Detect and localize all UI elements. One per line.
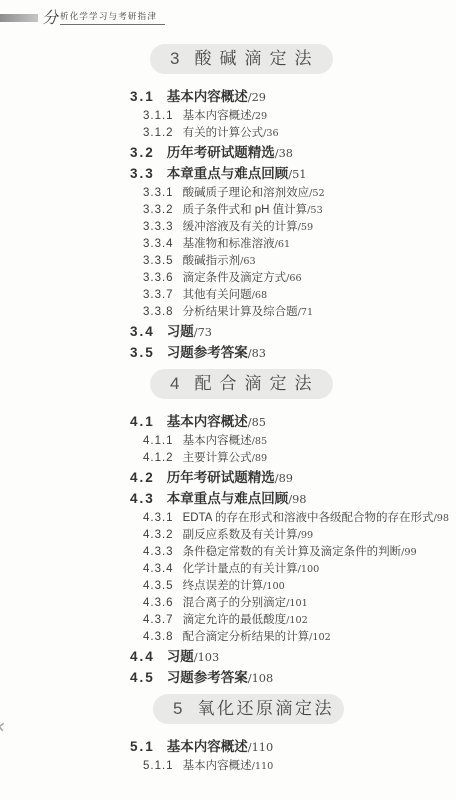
toc-entry-page: /102 bbox=[286, 613, 308, 629]
toc-entry: 4.5习题参考答案/108 bbox=[0, 668, 456, 688]
chapter-title: 氧化还原滴定法 bbox=[197, 699, 334, 718]
toc-entry-page: /98 bbox=[433, 511, 449, 527]
toc-entry-number: 4.3.8 bbox=[143, 629, 174, 645]
toc-entry-title: 终点误差的计算 bbox=[183, 578, 264, 594]
toc-entry-page: /100 bbox=[298, 562, 320, 578]
toc-entry: 3.3.8分析结果计算及综合题/71 bbox=[0, 304, 456, 321]
toc-entry-title: 历年考研试题精选 bbox=[167, 143, 275, 162]
toc-entry-number: 4.2 bbox=[130, 468, 155, 487]
toc-entry-number: 3.3.1 bbox=[143, 185, 174, 201]
toc-entry-number: 3.1 bbox=[130, 87, 155, 106]
toc-entry-title: 基准物和标准溶液 bbox=[183, 236, 275, 252]
toc-entry-page: /63 bbox=[240, 254, 256, 270]
toc-entry-title: 滴定允许的最低酸度 bbox=[183, 612, 287, 628]
toc-entry: 3.1基本内容概述/29 bbox=[0, 87, 456, 107]
toc-entry: 5.1.1基本内容概述/110 bbox=[0, 758, 456, 775]
toc-entry-page: /68 bbox=[252, 288, 268, 304]
chapter-5-block: 5氧化还原滴定法 5.1基本内容概述/110 5.1.1基本内容概述/110 bbox=[0, 694, 456, 775]
toc-entry-page: /108 bbox=[248, 669, 273, 688]
toc-entry-title: 基本内容概述 bbox=[183, 108, 252, 124]
toc-entry-title: 习题参考答案 bbox=[167, 343, 248, 362]
toc-entry-page: /51 bbox=[288, 165, 306, 184]
book-title: 析化学学习与考研指津 bbox=[60, 10, 165, 25]
toc-entry: 3.3.5酸碱指示剂/63 bbox=[0, 253, 456, 270]
toc-entry-page: /38 bbox=[275, 144, 293, 163]
toc-entry-page: /85 bbox=[252, 434, 268, 450]
toc-entry: 3.3本章重点与难点回顾/51 bbox=[0, 164, 456, 184]
toc-entry: 3.5习题参考答案/83 bbox=[0, 343, 456, 363]
toc-entry-page: /99 bbox=[401, 545, 417, 561]
toc-entry-page: /53 bbox=[307, 203, 323, 219]
toc-entry-title: 有关的计算公式 bbox=[183, 125, 264, 141]
chapter-title: 配合滴定法 bbox=[194, 374, 319, 393]
toc-entry-number: 4.5 bbox=[130, 668, 155, 687]
toc-entry-page: /89 bbox=[275, 469, 293, 488]
chapter-title: 酸碱滴定法 bbox=[194, 49, 319, 68]
toc-entry: 4.1基本内容概述/85 bbox=[0, 412, 456, 432]
toc-entry-page: /29 bbox=[248, 88, 266, 107]
toc-entry: 4.3.5终点误差的计算/100 bbox=[0, 578, 456, 595]
toc-entry-title: 主要计算公式 bbox=[183, 450, 252, 466]
toc-entry-page: /61 bbox=[275, 237, 291, 253]
toc-entry-title: 配合滴定分析结果的计算 bbox=[183, 629, 310, 645]
toc-entry-number: 4.3.7 bbox=[143, 612, 174, 628]
toc-entry: 4.3.3条件稳定常数的有关计算及滴定条件的判断/99 bbox=[0, 544, 456, 561]
toc-entry: 3.3.7其他有关问题/68 bbox=[0, 287, 456, 304]
toc-entry-page: /36 bbox=[263, 126, 279, 142]
toc-entry: 4.2历年考研试题精选/89 bbox=[0, 468, 456, 488]
toc-entry-page: /71 bbox=[298, 305, 314, 321]
toc-entry-number: 3.4 bbox=[130, 322, 155, 341]
toc-entry-number: 4.1.2 bbox=[143, 450, 174, 466]
toc-entry-page: /59 bbox=[298, 220, 314, 236]
toc-entry: 3.3.2质子条件式和 pH 值计算/53 bbox=[0, 202, 456, 219]
toc-entry-page: /110 bbox=[252, 759, 274, 775]
toc-entry-number: 3.2 bbox=[130, 143, 155, 162]
toc-entry-title: 质子条件式和 pH 值计算 bbox=[183, 202, 308, 218]
toc-entry-title: 本章重点与难点回顾 bbox=[167, 489, 289, 508]
toc-entry: 4.1.2主要计算公式/89 bbox=[0, 450, 456, 467]
toc-entry-title: 副反应系数及有关计算 bbox=[183, 527, 298, 543]
toc-entry: 3.1.1基本内容概述/29 bbox=[0, 108, 456, 125]
toc-entry-number: 4.4 bbox=[130, 647, 155, 666]
toc-entry-title: 酸碱质子理论和溶剂效应 bbox=[183, 185, 310, 201]
toc-entry-page: /66 bbox=[286, 271, 302, 287]
toc-entry: 4.3.7滴定允许的最低酸度/102 bbox=[0, 612, 456, 629]
chapter-number: 4 bbox=[170, 374, 179, 393]
toc-entry: 5.1基本内容概述/110 bbox=[0, 737, 456, 757]
toc-entry-number: 4.3.3 bbox=[143, 544, 174, 560]
chapter-heading: 3酸碱滴定法 bbox=[150, 44, 333, 74]
toc-entry-number: 3.5 bbox=[130, 343, 155, 362]
toc-entry-title: EDTA 的存在形式和溶液中各级配合物的存在形式 bbox=[183, 510, 434, 526]
toc-entry-number: 3.3.6 bbox=[143, 270, 174, 286]
table-of-contents: 3酸碱滴定法 3.1基本内容概述/29 3.1.1基本内容概述/29 3.1.2… bbox=[0, 0, 456, 775]
toc-entry-number: 4.3.6 bbox=[143, 595, 174, 611]
chapter-3-block: 3酸碱滴定法 3.1基本内容概述/29 3.1.1基本内容概述/29 3.1.2… bbox=[0, 44, 456, 363]
toc-entry-page: /110 bbox=[248, 738, 273, 757]
toc-entry-number: 4.3.1 bbox=[143, 510, 174, 526]
toc-entry-page: /89 bbox=[252, 451, 268, 467]
toc-entry-page: /101 bbox=[286, 596, 308, 612]
chapter-heading: 5氧化还原滴定法 bbox=[153, 694, 344, 724]
toc-entry-page: /85 bbox=[248, 413, 266, 432]
toc-entry-page: /98 bbox=[288, 490, 306, 509]
chapter-heading: 4配合滴定法 bbox=[150, 369, 333, 399]
chapter-number: 3 bbox=[170, 49, 179, 68]
toc-entry-page: /103 bbox=[194, 648, 219, 667]
toc-entry-title: 分析结果计算及综合题 bbox=[183, 304, 298, 320]
toc-entry-title: 基本内容概述 bbox=[183, 758, 252, 774]
toc-entry-title: 基本内容概述 bbox=[167, 412, 248, 431]
toc-entry: 4.3.2副反应系数及有关计算/99 bbox=[0, 527, 456, 544]
toc-entry-number: 4.3.2 bbox=[143, 527, 174, 543]
toc-entry-number: 3.3.5 bbox=[143, 253, 174, 269]
toc-entry-page: /52 bbox=[309, 186, 325, 202]
toc-entry: 4.3本章重点与难点回顾/98 bbox=[0, 489, 456, 509]
toc-entry-title: 本章重点与难点回顾 bbox=[167, 164, 289, 183]
toc-entry-number: 4.3 bbox=[130, 489, 155, 508]
toc-entry-page: /100 bbox=[263, 579, 285, 595]
toc-entry: 4.3.4化学计量点的有关计算/100 bbox=[0, 561, 456, 578]
running-header: 分 析化学学习与考研指津 bbox=[0, 8, 165, 26]
toc-entry-page: /83 bbox=[248, 344, 266, 363]
toc-entry-number: 3.3.7 bbox=[143, 287, 174, 303]
toc-entry-title: 基本内容概述 bbox=[183, 433, 252, 449]
toc-entry-number: 3.3 bbox=[130, 164, 155, 183]
toc-entry: 4.1.1基本内容概述/85 bbox=[0, 433, 456, 450]
toc-entry-title: 酸碱指示剂 bbox=[183, 253, 241, 269]
toc-entry-page: /73 bbox=[194, 323, 212, 342]
toc-entry-number: 3.1.2 bbox=[143, 125, 174, 141]
toc-entry-title: 习题 bbox=[167, 322, 194, 341]
toc-entry-number: 4.1.1 bbox=[143, 433, 174, 449]
toc-entry-title: 基本内容概述 bbox=[167, 737, 248, 756]
toc-entry: 3.1.2有关的计算公式/36 bbox=[0, 125, 456, 142]
toc-entry-title: 混合离子的分别滴定 bbox=[183, 595, 287, 611]
toc-entry-number: 3.3.4 bbox=[143, 236, 174, 252]
toc-entry-title: 滴定条件及滴定方式 bbox=[183, 270, 287, 286]
toc-entry: 4.3.6混合离子的分别滴定/101 bbox=[0, 595, 456, 612]
toc-entry-title: 习题 bbox=[167, 647, 194, 666]
toc-entry-number: 4.3.4 bbox=[143, 561, 174, 577]
toc-entry-number: 3.3.2 bbox=[143, 202, 174, 218]
toc-entry: 4.3.1EDTA 的存在形式和溶液中各级配合物的存在形式/98 bbox=[0, 510, 456, 527]
toc-entry-title: 条件稳定常数的有关计算及滴定条件的判断 bbox=[183, 544, 402, 560]
toc-entry-number: 3.3.8 bbox=[143, 304, 174, 320]
toc-entry-number: 5.1 bbox=[130, 737, 155, 756]
toc-entry-number: 4.1 bbox=[130, 412, 155, 431]
toc-entry-number: 4.3.5 bbox=[143, 578, 174, 594]
chapter-number: 5 bbox=[173, 699, 182, 718]
chapter-4-block: 4配合滴定法 4.1基本内容概述/85 4.1.1基本内容概述/85 4.1.2… bbox=[0, 369, 456, 688]
toc-entry: 3.4习题/73 bbox=[0, 322, 456, 342]
toc-entry-title: 其他有关问题 bbox=[183, 287, 252, 303]
toc-entry: 4.3.8配合滴定分析结果的计算/102 bbox=[0, 629, 456, 646]
toc-entry: 3.3.4基准物和标准溶液/61 bbox=[0, 236, 456, 253]
toc-entry: 3.2历年考研试题精选/38 bbox=[0, 143, 456, 163]
header-dropcap: 分 bbox=[42, 10, 58, 26]
toc-entry: 4.4习题/103 bbox=[0, 647, 456, 667]
toc-entry-page: /29 bbox=[252, 109, 268, 125]
toc-entry-title: 化学计量点的有关计算 bbox=[183, 561, 298, 577]
toc-entry-number: 3.3.3 bbox=[143, 219, 174, 235]
toc-entry-title: 习题参考答案 bbox=[167, 668, 248, 687]
toc-entry: 3.3.3缓冲溶液及有关的计算/59 bbox=[0, 219, 456, 236]
toc-entry-title: 历年考研试题精选 bbox=[167, 468, 275, 487]
toc-entry-title: 缓冲溶液及有关的计算 bbox=[183, 219, 298, 235]
toc-entry: 3.3.1酸碱质子理论和溶剂效应/52 bbox=[0, 185, 456, 202]
toc-entry-page: /99 bbox=[298, 528, 314, 544]
toc-entry-page: /102 bbox=[309, 630, 331, 646]
toc-entry-title: 基本内容概述 bbox=[167, 87, 248, 106]
toc-entry-number: 5.1.1 bbox=[143, 758, 174, 774]
toc-entry-number: 3.1.1 bbox=[143, 108, 174, 124]
toc-entry: 3.3.6滴定条件及滴定方式/66 bbox=[0, 270, 456, 287]
header-bar-decoration bbox=[0, 14, 38, 22]
